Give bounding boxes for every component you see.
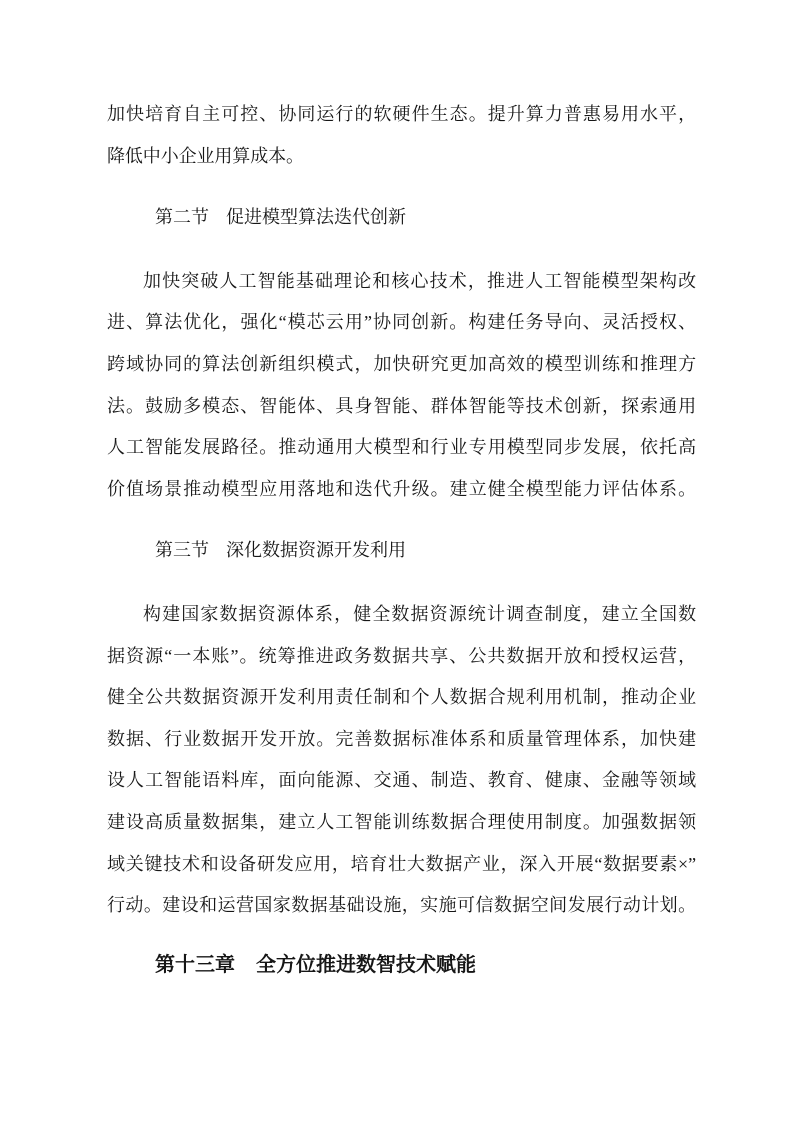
chapter-title: 全方位推进数智技术赋能: [256, 954, 476, 976]
document-page: 加快培育自主可控、协同运行的软硬件生态。提升算力普惠易用水平， 降低中小企业用算…: [0, 0, 793, 1122]
text-line: 价值场景推动模型应用落地和迭代升级。建立健全模型能力评估体系。: [107, 469, 696, 511]
paragraph-model-algorithm: 加快突破人工智能基础理论和核心技术，推进人工智能模型架构改 进、算法优化，强化“…: [107, 261, 696, 511]
text-line: 数据、行业数据开发开放。完善数据标准体系和质量管理体系，加快建: [107, 719, 696, 761]
text-line: 建设高质量数据集，建立人工智能训练数据合理使用制度。加强数据领: [107, 802, 696, 844]
section-number: 第二节: [155, 207, 209, 227]
text-line: 构建国家数据资源体系，健全数据资源统计调查制度，建立全国数: [107, 594, 696, 636]
text-line: 行动。建设和运营国家数据基础设施，实施可信数据空间发展行动计划。: [107, 885, 696, 927]
text-line: 健全公共数据资源开发利用责任制和个人数据合规利用机制，推动企业: [107, 677, 696, 719]
text-line: 人工智能发展路径。推动通用大模型和行业专用模型同步发展，依托高: [107, 427, 696, 469]
text-line: 设人工智能语料库，面向能源、交通、制造、教育、健康、金融等领域: [107, 760, 696, 802]
paragraph-data-resources: 构建国家数据资源体系，健全数据资源统计调查制度，建立全国数 据资源“一本账”。统…: [107, 594, 696, 927]
text-line: 域关键技术和设备研发应用，培育壮大数据产业，深入开展“数据要素×”: [107, 844, 696, 886]
text-line: 加快突破人工智能基础理论和核心技术，推进人工智能模型架构改: [107, 261, 696, 303]
chapter-heading-13: 第十三章全方位推进数智技术赋能: [107, 944, 696, 986]
section-heading-3: 第三节深化数据资源开发利用: [107, 530, 696, 572]
chapter-number: 第十三章: [155, 954, 235, 976]
section-number: 第三节: [155, 540, 209, 560]
text-line: 法。鼓励多模态、智能体、具身智能、群体智能等技术创新，探索通用: [107, 386, 696, 428]
section-heading-2: 第二节促进模型算法迭代创新: [107, 197, 696, 239]
section-title: 深化数据资源开发利用: [226, 540, 406, 560]
text-line: 加快培育自主可控、协同运行的软硬件生态。提升算力普惠易用水平，: [107, 94, 696, 136]
text-line: 跨域协同的算法创新组织模式，加快研究更加高效的模型训练和推理方: [107, 344, 696, 386]
text-line: 降低中小企业用算成本。: [107, 136, 696, 178]
page-content: 加快培育自主可控、协同运行的软硬件生态。提升算力普惠易用水平， 降低中小企业用算…: [107, 94, 696, 986]
paragraph-computing-cost: 加快培育自主可控、协同运行的软硬件生态。提升算力普惠易用水平， 降低中小企业用算…: [107, 94, 696, 177]
text-line: 据资源“一本账”。统筹推进政务数据共享、公共数据开放和授权运营，: [107, 636, 696, 678]
section-title: 促进模型算法迭代创新: [226, 207, 406, 227]
text-line: 进、算法优化，强化“模芯云用”协同创新。构建任务导向、灵活授权、: [107, 302, 696, 344]
